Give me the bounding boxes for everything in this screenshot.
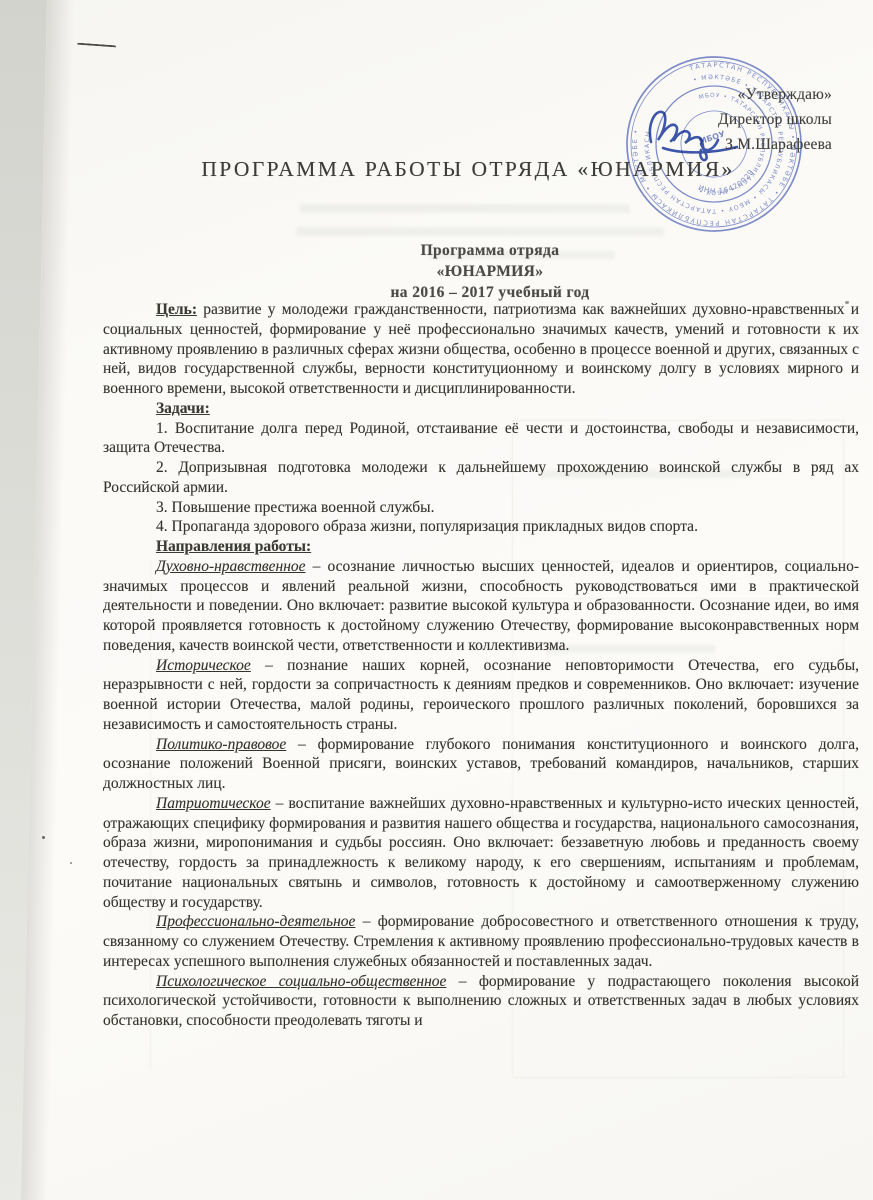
document-title: ПРОГРАММА РАБОТЫ ОТРЯДА «ЮНАРМИЯ» — [88, 157, 848, 182]
program-heading: Программа отряда «ЮНАРМИЯ» на 2016 – 201… — [110, 240, 870, 303]
patriotic-text: – воспитание важнейших духовно-нравствен… — [103, 795, 859, 911]
paragraph-directions-label: Направления работы: — [103, 537, 859, 557]
paragraph-historical: Историческое – познание наших корней, ос… — [103, 656, 859, 735]
task-item-2: 2. Допризывная подготовка молодежи к дал… — [103, 458, 859, 498]
goal-label: Цель: — [156, 301, 197, 318]
scan-speck — [42, 836, 45, 839]
paragraph-goal: Цель: развитие у молодежи гражданственно… — [103, 300, 859, 399]
political-legal-label: Политико-правовое — [156, 736, 286, 753]
professional-label: Профессионально-деятельное — [156, 913, 355, 930]
bleed-through-artifact — [296, 227, 664, 236]
task-item-3: 3. Повышение престижа военной службы. — [103, 498, 859, 518]
task-item-1: 1. Воспитание долга перед Родиной, отста… — [103, 419, 859, 459]
approval-line-utverzhdayu: «Утверждаю» — [718, 82, 832, 107]
bleed-through-artifact — [300, 204, 630, 213]
document-body: Цель: развитие у молодежи гражданственно… — [103, 300, 859, 1031]
scanned-document: { "doc": { "approval": { "line1": "«Утве… — [0, 0, 873, 1200]
paragraph-patriotic: Патриотическое – воспитание важнейших ду… — [103, 794, 859, 913]
historical-label: Историческое — [156, 657, 251, 674]
paragraph-psychological: Психологическое социально-общественное –… — [103, 972, 859, 1031]
paragraph-spiritual: Духовно-нравственное – осознание личност… — [103, 557, 859, 656]
approval-block: «Утверждаю» Директор школы З.М.Шарафеева — [718, 82, 832, 157]
task-item-4: 4. Пропаганда здорового образа жизни, по… — [103, 517, 859, 537]
scan-speck — [70, 862, 72, 864]
paragraph-political-legal: Политико-правовое – формирование глубоко… — [103, 735, 859, 794]
patriotic-label: Патриотическое — [156, 795, 271, 812]
directions-label: Направления работы: — [156, 538, 311, 555]
paragraph-tasks-label: Задачи: — [103, 399, 859, 419]
heading-line-2: «ЮНАРМИЯ» — [110, 261, 870, 282]
psychological-label: Психологическое социально-общественное — [156, 973, 446, 990]
heading-line-1: Программа отряда — [110, 240, 870, 261]
spiritual-label: Духовно-нравственное — [156, 558, 306, 575]
approval-line-director: Директор школы — [718, 107, 832, 132]
goal-text: развитие у молодежи гражданственности, п… — [103, 301, 859, 397]
approval-line-name: З.М.Шарафеева — [718, 132, 832, 157]
tasks-label: Задачи: — [156, 400, 210, 417]
paragraph-professional: Профессионально-деятельное – формировани… — [103, 912, 859, 971]
